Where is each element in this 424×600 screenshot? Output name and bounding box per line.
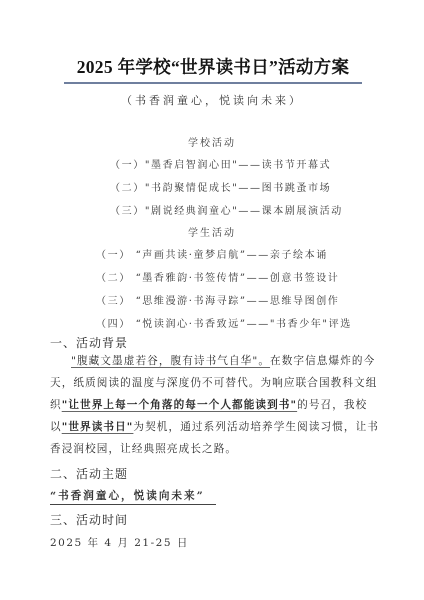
item-name: "书韵聚情促成长" [145, 183, 239, 194]
title-divider [64, 82, 362, 84]
activity-date: 2025 年 4 月 21-25 日 [50, 535, 189, 550]
event-name: "世界读书日" [62, 421, 134, 433]
document-title: 2025 年学校“世界读书日”活动方案 [64, 54, 362, 79]
item-number: （四） [96, 319, 131, 330]
item-name: "墨香启智润心田" [145, 160, 239, 171]
item-number: （二） [110, 183, 145, 194]
item-name: “墨香雅韵·书签传情” [136, 273, 247, 284]
item-number: （一） [110, 160, 145, 171]
item-desc: 创意书签设计 [270, 273, 340, 284]
school-activity-item: （一）"墨香启智润心田"——读书节开幕式 [110, 156, 331, 171]
document-page: 2025 年学校“世界读书日”活动方案 （书香润童心，悦读向未来） 学校活动 （… [0, 0, 424, 600]
item-desc: "书香少年"评选 [270, 319, 352, 330]
item-desc: 课本剧展演活动 [262, 206, 343, 217]
item-dash: —— [247, 319, 270, 330]
item-dash: —— [247, 250, 270, 261]
section-heading-time: 三、活动时间 [50, 511, 128, 528]
student-activity-item: （四） “悦读润心·书香致远”——"书香少年"评选 [96, 315, 352, 330]
item-desc: 思维导图创作 [270, 296, 340, 307]
item-number: （三） [110, 206, 145, 217]
item-number: （二） [96, 273, 131, 284]
item-number: （三） [96, 296, 131, 307]
student-activity-item: （二） “墨香雅韵·书签传情”——创意书签设计 [96, 269, 339, 284]
background-quote: "腹藏文墨虚若谷，腹有诗书气自华"。 [71, 355, 270, 367]
item-name: "剧说经典润童心" [145, 206, 239, 217]
section-heading-background: 一、活动背景 [50, 334, 128, 351]
item-name: “悦读润心·书香致远” [136, 319, 247, 330]
item-dash: —— [238, 206, 261, 217]
item-dash: —— [238, 183, 261, 194]
item-dash: —— [247, 296, 270, 307]
item-desc: 亲子绘本诵 [270, 250, 328, 261]
item-dash: —— [247, 273, 270, 284]
item-desc: 图书跳蚤市场 [262, 183, 332, 194]
theme-text: “书香润童心，悦读向未来” [50, 488, 216, 505]
item-desc: 读书节开幕式 [262, 160, 332, 171]
item-number: （一） [96, 250, 131, 261]
school-activity-item: （二）"书韵聚情促成长"——图书跳蚤市场 [110, 179, 331, 194]
student-activity-item: （三） “思维漫游·书海寻踪”——思维导图创作 [96, 292, 339, 307]
student-activity-item: （一） “声画共读·童梦启航”——亲子绘本诵 [96, 246, 328, 261]
section-heading-theme: 二、活动主题 [50, 465, 128, 482]
school-activity-item: （三）"剧说经典润童心"——课本剧展演活动 [110, 202, 343, 217]
school-activities-heading: 学校活动 [0, 134, 424, 149]
item-dash: —— [238, 160, 261, 171]
unesco-slogan: "让世界上每一个角落的每一个人都能读到书" [62, 399, 297, 411]
document-subtitle: （书香润童心，悦读向未来） [0, 92, 424, 108]
background-paragraph: "腹藏文墨虚若谷，腹有诗书气自华"。在数字信息爆炸的今天，纸质阅读的温度与深度仍… [50, 350, 380, 460]
item-name: “思维漫游·书海寻踪” [136, 296, 247, 307]
student-activities-heading: 学生活动 [0, 224, 424, 239]
item-name: “声画共读·童梦启航” [136, 250, 247, 261]
